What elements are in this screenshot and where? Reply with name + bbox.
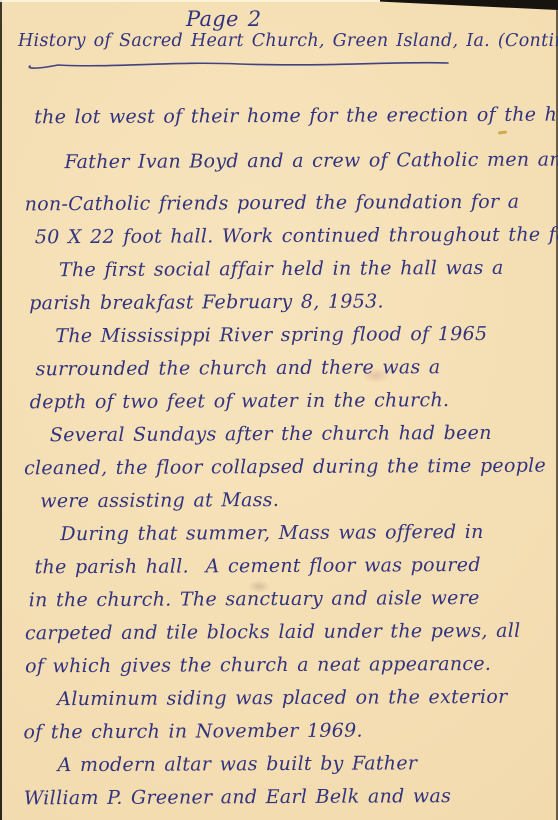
handwritten-line: The Mississippi River spring flood of 19… bbox=[55, 318, 557, 354]
handwritten-line: Several Sundays after the church had bee… bbox=[50, 417, 558, 453]
title-underline-flourish bbox=[24, 56, 454, 72]
handwritten-line: During that summer, Mass was offered in bbox=[60, 516, 558, 552]
handwritten-line: carpeted and tile blocks laid under the … bbox=[25, 615, 558, 651]
page-title: History of Sacred Heart Church, Green Is… bbox=[18, 31, 558, 51]
ink-smudge bbox=[362, 368, 390, 383]
handwritten-line: of the church in November 1969. bbox=[23, 714, 558, 750]
handwritten-line: depth of two feet of water in the church… bbox=[30, 384, 558, 420]
handwritten-line: were assisting at Mass. bbox=[40, 483, 558, 519]
handwritten-line: A modern altar was built by Father bbox=[58, 747, 558, 783]
handwritten-line: William P. Greener and Earl Belk and was bbox=[24, 780, 558, 816]
ink-smudge bbox=[248, 580, 270, 593]
handwritten-line: of which gives the church a neat appeara… bbox=[25, 648, 558, 684]
handwritten-line: Aluminum siding was placed on the exteri… bbox=[57, 681, 558, 717]
page-number-label: Page 2 bbox=[186, 7, 261, 31]
handwritten-line: the lot west of their home for the erect… bbox=[34, 99, 556, 135]
handwritten-line: cleaned, the floor collapsed during the … bbox=[24, 450, 558, 486]
handwritten-line: The first social affair held in the hall… bbox=[59, 252, 557, 288]
handwritten-body: the lot west of their home for the erect… bbox=[0, 99, 558, 816]
handwritten-line: surrounded the church and there was a bbox=[35, 351, 557, 387]
handwritten-line: non-Catholic friends poured the foundati… bbox=[25, 186, 557, 222]
handwritten-line: parish breakfast February 8, 1953. bbox=[29, 285, 557, 321]
handwritten-line: Father Ivan Boyd and a crew of Catholic … bbox=[64, 144, 556, 180]
handwritten-line: the parish hall. A cement floor was pour… bbox=[34, 549, 558, 585]
handwritten-line: in the church. The sanctuary and aisle w… bbox=[29, 582, 558, 618]
scanned-document: Page 2 History of Sacred Heart Church, G… bbox=[0, 0, 558, 820]
handwritten-line: 50 X 22 foot hall. Work continued throug… bbox=[35, 219, 557, 255]
